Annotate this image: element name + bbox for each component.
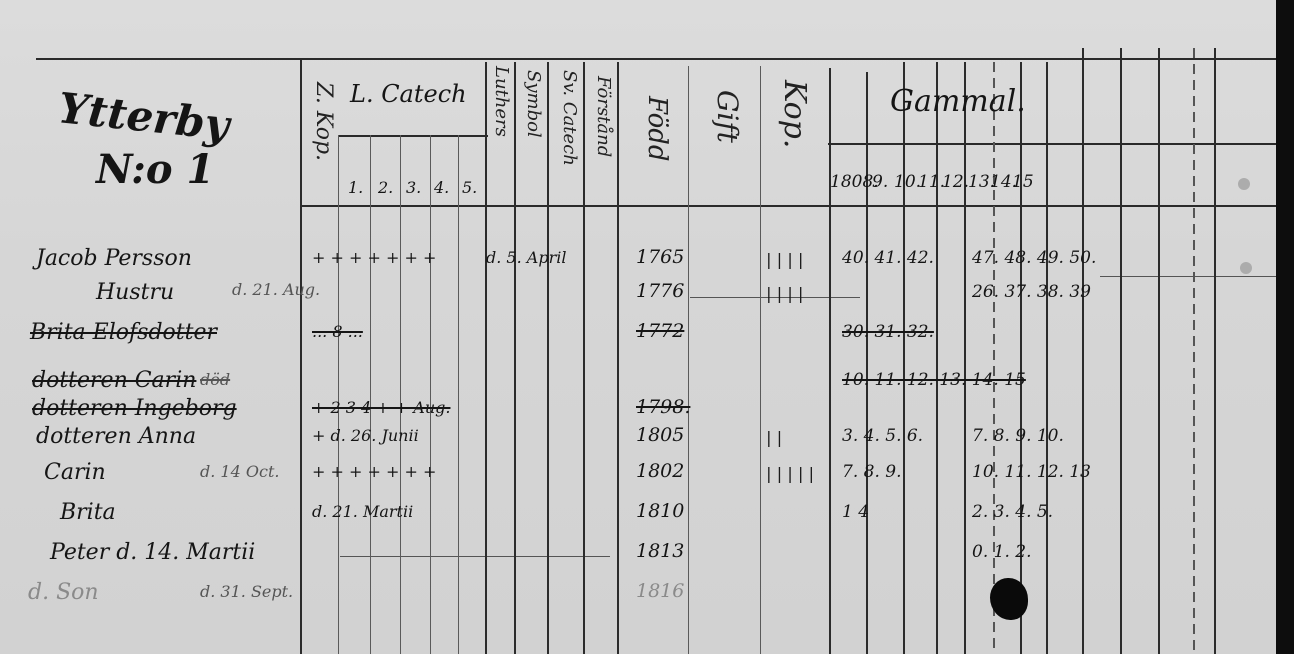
col-rule [400,135,401,654]
person-name: Peter d. 14. Martii [50,540,255,565]
ages-entry-late: 26. 37. 38. 39 [972,282,1091,302]
year-label: 9. [872,172,888,192]
birth-year: 1772 [636,320,684,342]
gammal-rule [828,143,1276,145]
ages-entry-late: 10. 11. 12. 13 [972,462,1091,482]
person-name: Brita [60,500,116,525]
catech-sub-3: 3. [406,178,421,197]
ages-entry: 30. 31. 32. [842,322,934,342]
col-rule [1214,48,1216,654]
ages-entry: 1 4 [842,502,869,522]
col-rule [617,62,619,654]
birth-year: 1805 [636,424,684,446]
catechism-marks: d. 21. Martii [312,502,413,521]
col-rule [514,62,516,654]
catech-sub-1: 1. [348,178,363,197]
col-rule [338,135,339,654]
header-kop: Kop. [777,80,812,148]
header-gift: Gift [711,90,744,143]
catechism-marks: + + + + + + + [312,248,436,267]
person-note: död [200,370,230,389]
person-note: d. 21. Aug. [232,280,320,299]
birth-year: 1765 [636,246,684,268]
col-rule [1046,62,1048,654]
person-name: dotteren Anna [36,424,196,449]
col-rule [1120,48,1122,654]
col-rule [964,62,966,654]
year-label: 11. [918,172,945,192]
catech-sub-5: 5. [462,178,477,197]
col-rule [688,66,689,654]
birth-year: 1813 [636,540,684,562]
col-rule [760,66,761,654]
birth-year: 1798. [636,396,690,418]
row-rule [1100,276,1276,277]
header-vaccinated: Z. Kop. [311,82,336,161]
person-name: dotteren Ingeborg [32,396,237,421]
col-rule [829,68,831,654]
catech-sub-4: 4. [434,178,449,197]
col-rule [866,72,868,654]
ages-entry: 7. 8. 9. [842,462,901,482]
stain-spot [1238,178,1250,190]
col-rule [993,62,995,654]
birth-year: 1776 [636,280,684,302]
header-forstand: Förstånd [593,76,614,157]
communion-tally: || [764,428,785,447]
col-rule [1193,48,1195,654]
farm-number: N:o 1 [96,146,214,193]
row-rule [340,556,610,557]
person-name: dotteren Carin [32,368,196,393]
ages-entry-late: 2. 3. 4. 5. [972,502,1053,522]
col-rule [300,60,302,654]
communion-tally: |||| [764,284,807,303]
person-name: Jacob Persson [36,246,192,271]
stain-spot [1240,262,1252,274]
col-rule [1158,48,1160,654]
date-entry: d. 5. April [486,248,566,267]
person-name: d. Son [28,580,99,605]
ages-entry-late: 47. 48. 49. 50. [972,248,1096,268]
col-rule [430,135,431,654]
person-note: d. 14 Oct. [200,462,279,481]
catech-sub-2: 2. [378,178,393,197]
village-name: Ytterby [56,83,232,150]
col-rule [370,135,371,654]
header-fodd: Född [642,96,672,162]
birth-year: 1810 [636,500,684,522]
ages-entry-late: 7. 8. 9. 10. [972,426,1064,446]
year-label: 10. [894,172,921,192]
catechism-marks: + d. 26. Junii [312,426,419,445]
header-luther: Luthers [491,66,512,137]
ages-entry-late: 0. 1. 2. [972,542,1031,562]
catechism-marks: ... 8 ... [312,322,363,341]
communion-tally: ||||| [764,464,817,483]
ages-entry: 10. 11. 12. 13. 14. 15 [842,370,1026,390]
col-rule [485,62,487,654]
person-name: Hustru [96,280,174,305]
header-sv-catech: Sv. Catech [559,70,580,166]
year-label: 15 [1012,172,1034,192]
binding-edge [1276,0,1294,654]
year-label: 12. [942,172,969,192]
ink-blot [990,578,1028,620]
ages-entry: 40. 41. 42. [842,248,934,268]
col-rule [458,135,459,654]
col-rule [1020,62,1022,654]
col-rule [547,62,549,654]
person-name: Carin [44,460,106,485]
header-symbol: Symbol [523,70,544,138]
person-name: Brita Elofsdotter [30,320,217,345]
top-rule [36,58,1276,60]
birth-year: 1816 [636,580,684,602]
header-bottom-rule [302,205,1276,207]
header-gammal: Gammal. [890,84,1026,119]
col-rule [903,62,905,654]
catech-subrule [338,135,488,137]
ages-entry: 3. 4. 5. 6. [842,426,923,446]
col-rule [1082,48,1084,654]
catechism-marks: + 2 3 4 + + Aug. [312,398,450,417]
header-l-catech: L. Catech [350,80,467,108]
ledger-page: Ytterby N:o 1 Z. Kop. L. Catech 1. 2. 3.… [0,0,1278,654]
communion-tally: |||| [764,250,807,269]
birth-year: 1802 [636,460,684,482]
catechism-marks: + + + + + + + [312,462,436,481]
col-rule [936,62,938,654]
person-note: d. 31. Sept. [200,582,293,601]
col-rule [583,62,585,654]
